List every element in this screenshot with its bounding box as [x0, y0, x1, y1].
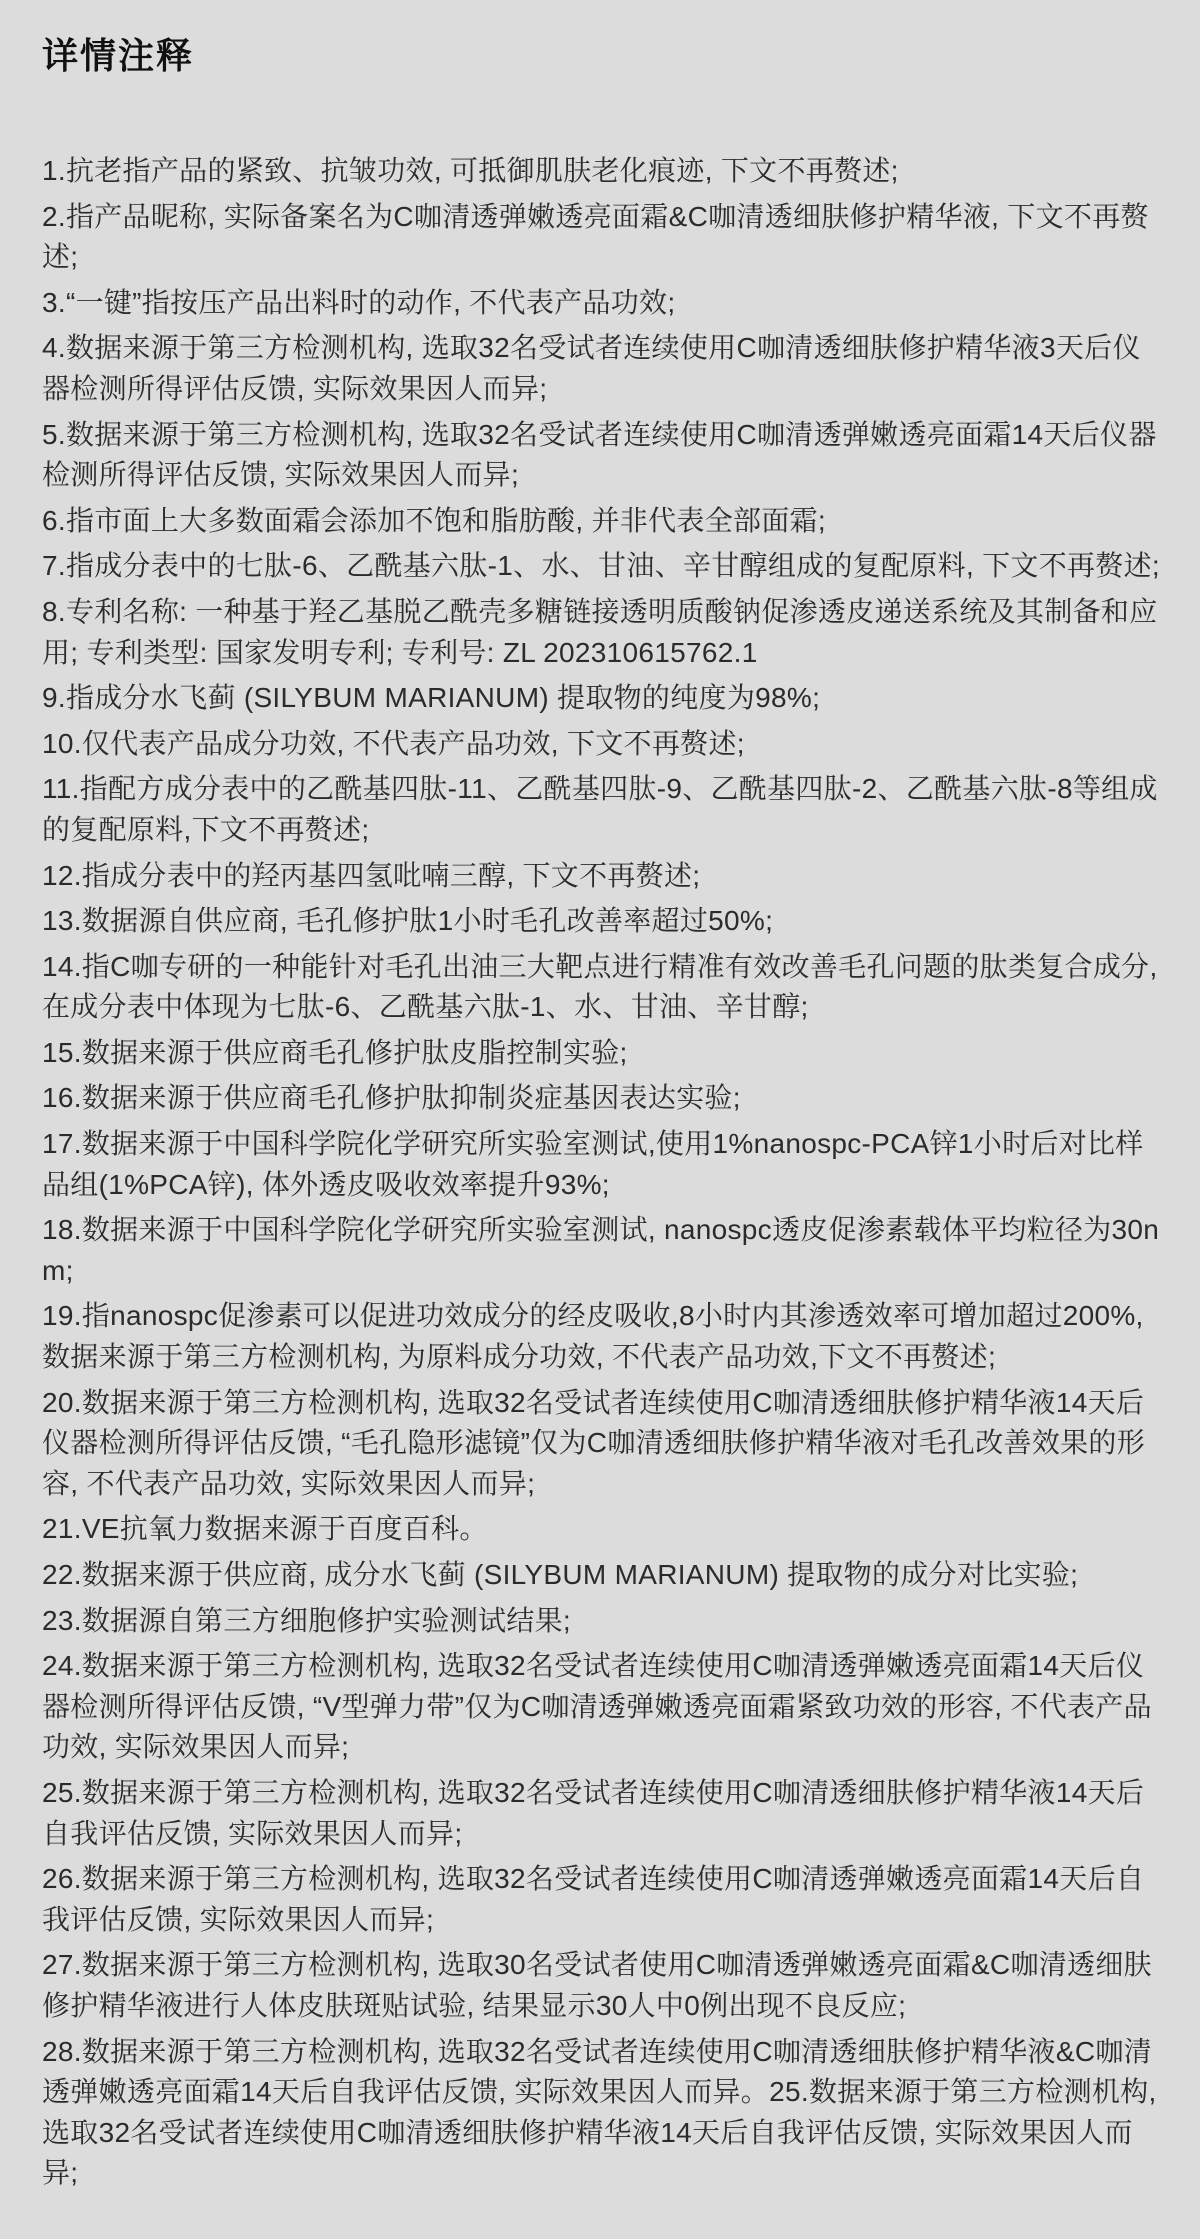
note-item: 13.数据源自供应商, 毛孔修护肽1小时毛孔改善率超过50%; [42, 901, 1160, 942]
note-item: 12.指成分表中的羟丙基四氢吡喃三醇, 下文不再赘述; [42, 856, 1160, 897]
note-item: 27.数据来源于第三方检测机构, 选取30名受试者使用C咖清透弹嫩透亮面霜&C咖… [42, 1945, 1160, 2026]
note-item: 26.数据来源于第三方检测机构, 选取32名受试者连续使用C咖清透弹嫩透亮面霜1… [42, 1859, 1160, 1940]
annotation-page: 详情注释 1.抗老指产品的紧致、抗皱功效, 可抵御肌肤老化痕迹, 下文不再赘述;… [0, 0, 1200, 2239]
notes-list: 1.抗老指产品的紧致、抗皱功效, 可抵御肌肤老化痕迹, 下文不再赘述; 2.指产… [42, 151, 1160, 2194]
note-item: 8.专利名称: 一种基于羟乙基脱乙酰壳多糖链接透明质酸钠促渗透皮递送系统及其制备… [42, 592, 1160, 673]
note-item: 2.指产品昵称, 实际备案名为C咖清透弹嫩透亮面霜&C咖清透细肤修护精华液, 下… [42, 197, 1160, 278]
note-item: 23.数据源自第三方细胞修护实验测试结果; [42, 1601, 1160, 1642]
note-item: 28.数据来源于第三方检测机构, 选取32名受试者连续使用C咖清透细肤修护精华液… [42, 2032, 1160, 2194]
note-item: 22.数据来源于供应商, 成分水飞蓟 (SILYBUM MARIANUM) 提取… [42, 1555, 1160, 1596]
note-item: 20.数据来源于第三方检测机构, 选取32名受试者连续使用C咖清透细肤修护精华液… [42, 1383, 1160, 1505]
note-item: 17.数据来源于中国科学院化学研究所实验室测试,使用1%nanospc-PCA锌… [42, 1124, 1160, 1205]
note-item: 19.指nanospc促渗素可以促进功效成分的经皮吸收,8小时内其渗透效率可增加… [42, 1296, 1160, 1377]
note-item: 25.数据来源于第三方检测机构, 选取32名受试者连续使用C咖清透细肤修护精华液… [42, 1773, 1160, 1854]
note-item: 9.指成分水飞蓟 (SILYBUM MARIANUM) 提取物的纯度为98%; [42, 678, 1160, 719]
note-item: 16.数据来源于供应商毛孔修护肽抑制炎症基因表达实验; [42, 1078, 1160, 1119]
note-item: 14.指C咖专研的一种能针对毛孔出油三大靶点进行精准有效改善毛孔问题的肽类复合成… [42, 947, 1160, 1028]
note-item: 10.仅代表产品成分功效, 不代表产品功效, 下文不再赘述; [42, 724, 1160, 765]
note-item: 1.抗老指产品的紧致、抗皱功效, 可抵御肌肤老化痕迹, 下文不再赘述; [42, 151, 1160, 192]
note-item: 15.数据来源于供应商毛孔修护肽皮脂控制实验; [42, 1033, 1160, 1074]
note-item: 3.“一键”指按压产品出料时的动作, 不代表产品功效; [42, 283, 1160, 324]
page-title: 详情注释 [42, 28, 1160, 79]
note-item: 5.数据来源于第三方检测机构, 选取32名受试者连续使用C咖清透弹嫩透亮面霜14… [42, 415, 1160, 496]
note-item: 11.指配方成分表中的乙酰基四肽-11、乙酰基四肽-9、乙酰基四肽-2、乙酰基六… [42, 769, 1160, 850]
note-item: 24.数据来源于第三方检测机构, 选取32名受试者连续使用C咖清透弹嫩透亮面霜1… [42, 1646, 1160, 1768]
note-item: 18.数据来源于中国科学院化学研究所实验室测试, nanospc透皮促渗素载体平… [42, 1210, 1160, 1291]
note-item: 6.指市面上大多数面霜会添加不饱和脂肪酸, 并非代表全部面霜; [42, 501, 1160, 542]
note-item: 4.数据来源于第三方检测机构, 选取32名受试者连续使用C咖清透细肤修护精华液3… [42, 328, 1160, 409]
note-item: 7.指成分表中的七肽-6、乙酰基六肽-1、水、甘油、辛甘醇组成的复配原料, 下文… [42, 546, 1160, 587]
note-item: 21.VE抗氧力数据来源于百度百科。 [42, 1509, 1160, 1550]
